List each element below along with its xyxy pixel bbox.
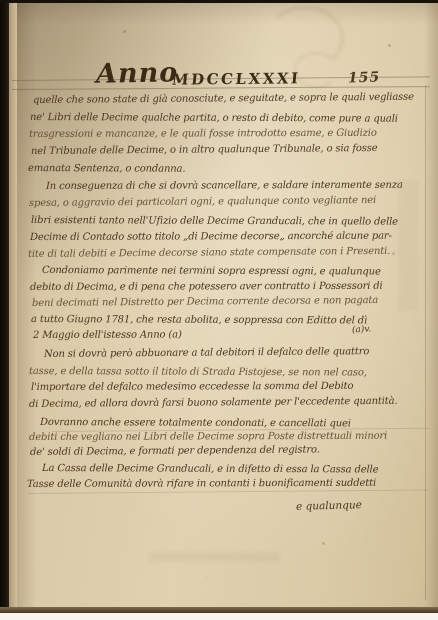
scan-top-edge: [0, 0, 438, 3]
manuscript-line: Condoniamo parimente nei termini sopra e…: [42, 265, 381, 278]
manuscript-line: de' soldi di Decima, e formati per depen…: [30, 444, 320, 459]
foxing-spots: [0, 0, 3, 3]
manuscript-line: libri esistenti tanto nell'Ufizio delle …: [31, 215, 398, 229]
manuscript-line: Tasse delle Comunità dovrà rifare in con…: [27, 478, 376, 491]
page-edge: [9, 0, 17, 608]
manuscript-line: nel Tribunale delle Decime, o in altro q…: [31, 143, 378, 158]
ghost-bleed-flourish: [266, 6, 344, 70]
manuscript-line: spesa, o aggravio dei particolari ogni, …: [29, 195, 376, 210]
manuscript-line: Decime di Contado sotto titolo „di Decim…: [30, 231, 392, 244]
manuscript-line: l'importare del defalco medesimo eccedes…: [31, 381, 353, 394]
manuscript-line: In conseguenza di che si dovrà scancella…: [46, 180, 403, 193]
manuscript-line: emanata Sentenza, o condanna.: [28, 163, 185, 176]
manuscript-line: 2 Maggio dell'istesso Anno (a): [33, 329, 182, 342]
manuscript-line: La Cassa delle Decime Granducali, e in d…: [42, 463, 378, 476]
manuscript-line: ne' Libri delle Decime qualche partita, …: [30, 112, 398, 126]
manuscript-line: Non si dovrà però abbuonare a tal debito…: [44, 346, 369, 361]
manuscript-page: Anno MDCCLXXXI 155 quelle che sono state…: [0, 0, 438, 620]
page-fold-line: [425, 85, 426, 600]
binding-edge: [0, 0, 9, 608]
bottom-scan-margin: [0, 613, 438, 620]
page-right-shade: [424, 3, 438, 607]
catchword: e qualunque: [296, 499, 362, 513]
marginal-note: (a)v.: [352, 324, 372, 335]
manuscript-line: a tutto Giugno 1781, che resta abolita, …: [31, 314, 367, 327]
manuscript-line: trasgressioni e mancanze, e le quali fos…: [29, 128, 377, 141]
ghost-bleed-margin: [398, 180, 418, 310]
manuscript-line: quelle che sono state di già conosciute,…: [33, 92, 414, 107]
header-year-numerals: MDCCLXXXI: [171, 69, 301, 88]
manuscript-line: tite di tali debiti e Decime decorse sia…: [28, 246, 390, 261]
manuscript-line: Dovranno anche essere totalmente condona…: [40, 417, 351, 430]
manuscript-line: tasse, e della tassa sotto il titolo di …: [29, 366, 367, 379]
manuscript-line: debiti che vegliano nei Libri delle Deci…: [29, 431, 387, 444]
manuscript-line: di Decima, ed allora dovrà farsi buono s…: [29, 396, 398, 411]
manuscript-line: debito di Decima, e di pena che potesser…: [30, 281, 383, 294]
ghost-bleed-smudge: [150, 552, 280, 562]
page-number: 155: [348, 69, 381, 86]
header-year-script: Anno: [96, 57, 179, 89]
manuscript-line: beni decimati nel Distretto per Decima c…: [32, 295, 378, 310]
